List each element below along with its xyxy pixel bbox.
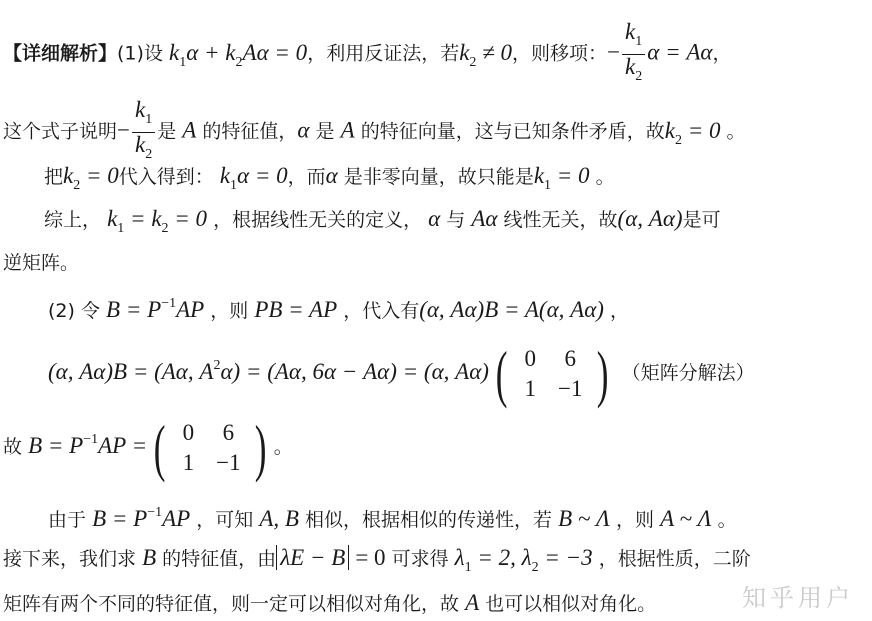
equation: B = P−1AP — [92, 506, 190, 531]
equation: k2 = 0 — [665, 118, 721, 143]
fraction: k1k2 — [622, 20, 645, 89]
equation: B = P−1AP = — [28, 433, 147, 458]
equation: k1α + k2Aα = 0 — [169, 40, 307, 65]
equation: k2 = 0 — [63, 163, 119, 188]
part1-line1: 【详细解析】(1)设 k1α + k2Aα = 0，利用反证法，若k2 ≠ 0，… — [3, 20, 732, 89]
equation: (α, Aα)B = (Aα, A2α) = (Aα, 6α − Aα) = (… — [48, 359, 489, 384]
matrix: ( 0 6 1 −1 ) — [491, 342, 614, 406]
part1-line2: 这个式子说明−k1k2是 A 的特征值，α 是 A 的特征向量，这与已知条件矛盾… — [3, 98, 746, 167]
part2-line4: 由于 B = P−1AP ，可知 A, B 相似，根据相似的传递性，若 B ~ … — [48, 500, 737, 533]
equation: k1 = 0 — [534, 163, 590, 188]
part1-line4: 综上， k1 = k2 = 0 ，根据线性无关的定义， α 与 Aα 线性无关，… — [44, 206, 721, 242]
equation: λ1 = 2, λ2 = −3 — [455, 545, 593, 570]
part2-line6: 矩阵有两个不同的特征值，则一定可以相似对角化，故 A 也可以相似对角化。 — [3, 590, 656, 617]
part1-label: (1) — [117, 43, 144, 65]
part2-label: (2) — [48, 300, 75, 322]
method-note: （矩阵分解法） — [622, 362, 755, 384]
equation: k1α = 0 — [220, 163, 288, 188]
part2-line3: 故 B = P−1AP = ( 0 6 1 −1 ) 。 — [3, 408, 293, 480]
part1-line3: 把k2 = 0代入得到： k1α = 0，而α 是非零向量，故只能是k1 = 0… — [44, 163, 615, 199]
equation: k2 ≠ 0 — [459, 40, 512, 65]
heading: 【详细解析】 — [3, 43, 117, 65]
matrix: ( 0 6 1 −1 ) — [149, 416, 272, 480]
equation: k1 = k2 = 0 — [107, 206, 207, 231]
determinant: λE − B — [276, 545, 349, 570]
part2-line2: (α, Aα)B = (Aα, A2α) = (Aα, 6α − Aα) = (… — [48, 334, 755, 406]
part1-line5: 逆矩阵。 — [3, 250, 79, 276]
equation: B = P−1AP — [106, 297, 204, 322]
part2-line5: 接下来，我们求 B 的特征值，由λE − B = 0 可求得 λ1 = 2, λ… — [3, 545, 751, 581]
watermark: 知乎用户 — [742, 578, 854, 613]
equation: PB = AP — [254, 297, 337, 322]
fraction: k1k2 — [132, 98, 155, 167]
part2-line1: (2) 令 B = P−1AP ，则 PB = AP ，代入有(α, Aα)B … — [48, 291, 629, 324]
